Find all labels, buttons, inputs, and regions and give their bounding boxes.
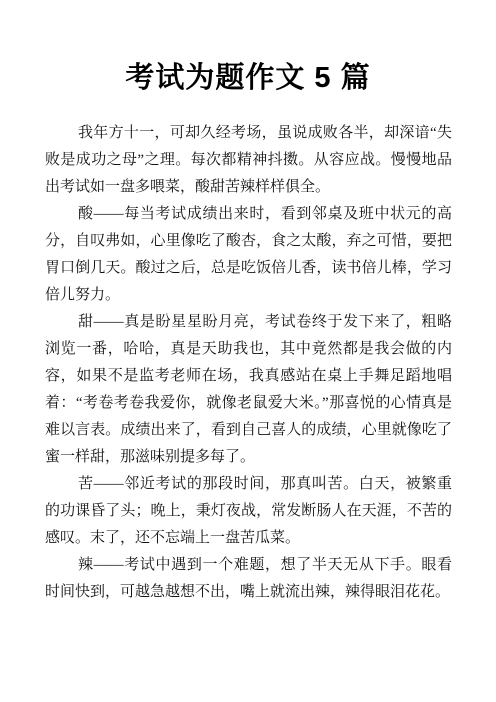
document-page: 考试为题作文 5 篇 我年方十一，可却久经考场，虽说成败各半，却深谙“失败是成功… [0, 0, 496, 702]
paragraph-ku: 苦——邻近考试的那段时间，那真叫苦。白天，被繁重的功课昏了头；晚上，秉灯夜战，常… [45, 471, 452, 552]
document-title: 考试为题作文 5 篇 [0, 0, 496, 96]
paragraph-la: 辣——考试中遇到一个难题，想了半天无从下手。眼看时间快到，可越急越想不出，嘴上就… [45, 552, 452, 606]
paragraph-tian: 甜——真是盼星星盼月亮，考试卷终于发下来了，粗略浏览一番，哈哈，真是天助我也，其… [45, 309, 452, 471]
paragraph-suan: 酸——每当考试成绩出来时，看到邻桌及班中状元的高分，自叹弗如，心里像吃了酸杏，食… [45, 201, 452, 309]
document-body: 我年方十一，可却久经考场，虽说成败各半，却深谙“失败是成功之母”之理。每次都精神… [45, 120, 452, 606]
paragraph-intro: 我年方十一，可却久经考场，虽说成败各半，却深谙“失败是成功之母”之理。每次都精神… [45, 120, 452, 201]
